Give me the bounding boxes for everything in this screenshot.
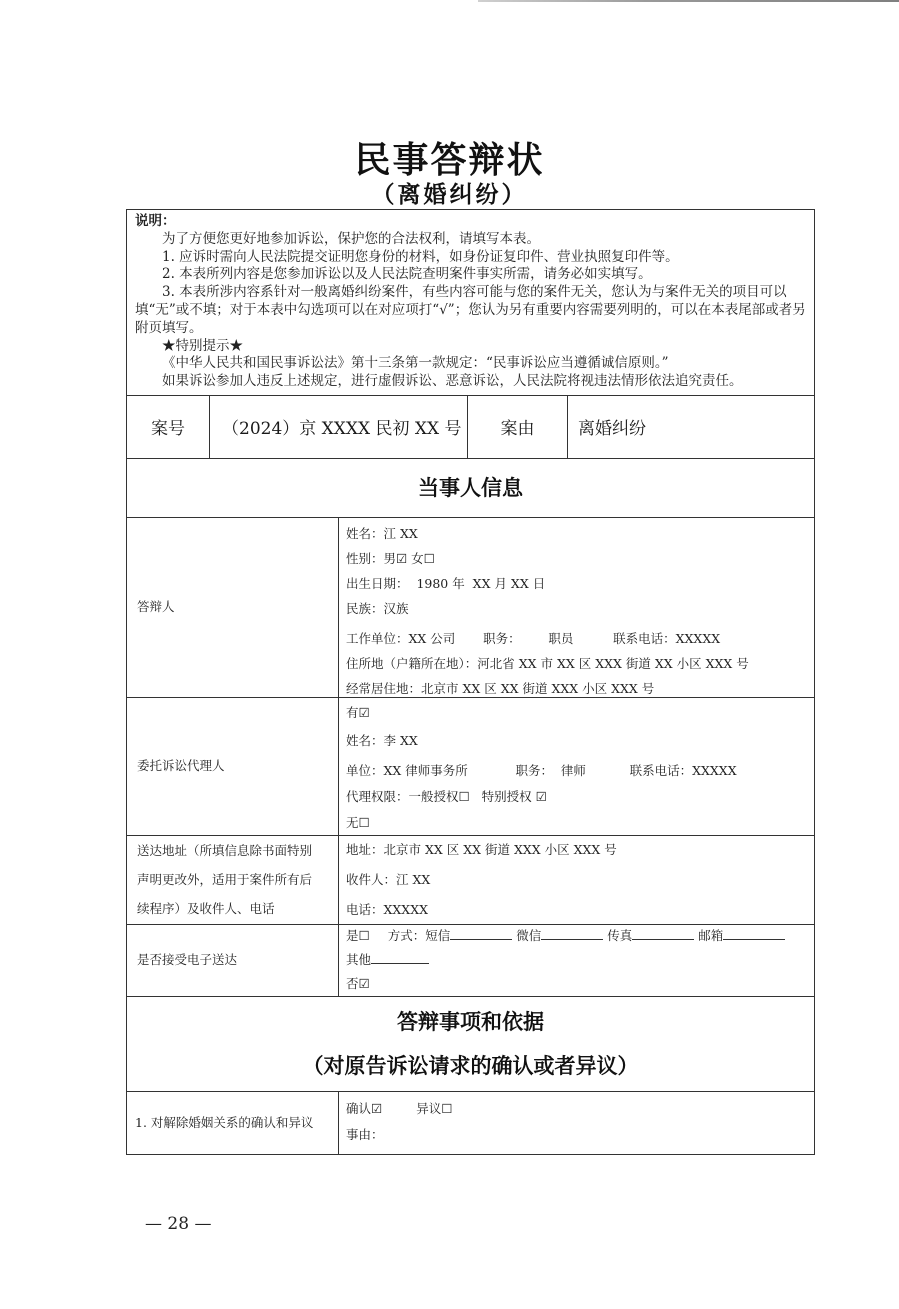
defense-item-choice-line: 确认☑ 异议☐ [346, 1096, 814, 1122]
respondent-gender[interactable]: 性别：男☑ 女☐ [346, 546, 814, 571]
electronic-service-options: 是☐ 方式：短信 微信 传真 邮箱 其他 否☑ [339, 925, 814, 996]
instruction-paragraph: 3. 本表所涉内容系针对一般离婚纠纷案件，有些内容可能与您的案件无关，您认为与案… [135, 284, 808, 337]
instruction-paragraph: 如果诉讼参加人违反上述规定，进行虚假诉讼、恶意诉讼，人民法院将视违法情形依法追究… [135, 373, 808, 391]
instruction-paragraph: 《中华人民共和国民事诉讼法》第十三条第一款规定：“民事诉讼应当遵循诚信原则。” [135, 355, 808, 373]
respondent-label: 答辩人 [127, 518, 339, 697]
case-number-label: 案号 [127, 396, 210, 458]
instruction-paragraph: 为了方便您更好地参加诉讼，保护您的合法权利，请填写本表。 [135, 231, 808, 249]
instruction-paragraph: 2. 本表所列内容是您参加诉讼以及人民法院查明案件事实所需，请务必如实填写。 [135, 266, 808, 284]
method-other-label: 其他 [346, 952, 371, 967]
respondent-ethnicity[interactable]: 民族：汉族 [346, 596, 814, 621]
method-fax-label: 传真 [607, 928, 632, 943]
electronic-service-yes-line: 是☐ 方式：短信 微信 传真 邮箱 [346, 925, 814, 947]
case-cause-value[interactable]: 离婚纠纷 [568, 396, 814, 458]
respondent-birth-date[interactable]: 出生日期： 1980 年 XX 月 XX 日 [346, 571, 814, 596]
defense-section-title: 答辩事项和依据 [127, 1000, 814, 1044]
service-address-label-line: 送达地址（所填信息除书面特别 [137, 836, 312, 865]
method-other-field[interactable] [371, 951, 429, 964]
agent-unit[interactable]: 单位：XX 律师事务所 职务： 律师 联系电话：XXXXX [346, 756, 814, 786]
agent-none-checkbox[interactable]: 无☐ [346, 808, 814, 838]
defense-section-header: 答辩事项和依据 （对原告诉讼请求的确认或者异议） [127, 997, 814, 1092]
defense-form-table: 说明： 为了方便您更好地参加诉讼，保护您的合法权利，请填写本表。 1. 应诉时需… [126, 209, 815, 1155]
document-subtitle: （离婚纠纷） [0, 176, 899, 209]
defense-item-details: 确认☑ 异议☐ 事由： [339, 1092, 814, 1154]
instruction-paragraph: 1. 应诉时需向人民法院提交证明您身份的材料，如身份证复印件、营业执照复印件等。 [135, 249, 808, 267]
electronic-service-label: 是否接受电子送达 [127, 925, 339, 996]
defense-section-subtitle: （对原告诉讼请求的确认或者异议） [127, 1044, 814, 1088]
respondent-work[interactable]: 工作单位：XX 公司 职务： 职员 联系电话：XXXXX [346, 626, 814, 651]
agent-name[interactable]: 姓名：李 XX [346, 726, 814, 756]
electronic-service-yes-checkbox[interactable]: 是☐ [346, 928, 370, 943]
instructions-heading: 说明： [135, 213, 808, 231]
method-wechat-label: 微信 [516, 928, 541, 943]
object-checkbox[interactable]: 异议☐ [416, 1101, 452, 1116]
agent-authority[interactable]: 代理权限：一般授权☐ 特别授权 ☑ [346, 786, 814, 808]
agent-label: 委托诉讼代理人 [127, 698, 339, 835]
agent-has-checkbox[interactable]: 有☑ [346, 700, 814, 726]
page-number: — 28 — [145, 1214, 211, 1234]
defense-item-label: 1. 对解除婚姻关系的确认和异议 [127, 1092, 339, 1154]
method-label: 方式： [388, 928, 426, 943]
special-notice-heading: ★特别提示★ [135, 338, 808, 356]
defense-reason-field[interactable]: 事由： [346, 1122, 814, 1148]
respondent-name[interactable]: 姓名：江 XX [346, 521, 814, 546]
service-address-label-line: 续程序）及收件人、电话 [137, 894, 275, 923]
respondent-details: 姓名：江 XX 性别：男☑ 女☐ 出生日期： 1980 年 XX 月 XX 日 … [339, 518, 814, 697]
respondent-row: 答辩人 姓名：江 XX 性别：男☑ 女☐ 出生日期： 1980 年 XX 月 X… [127, 518, 814, 698]
instructions-block: 说明： 为了方便您更好地参加诉讼，保护您的合法权利，请填写本表。 1. 应诉时需… [127, 210, 814, 396]
agent-row: 委托诉讼代理人 有☑ 姓名：李 XX 单位：XX 律师事务所 职务： 律师 联系… [127, 698, 814, 836]
confirm-checkbox[interactable]: 确认☑ [346, 1101, 382, 1116]
service-recipient[interactable]: 收件人：江 XX [346, 864, 814, 895]
party-info-header: 当事人信息 [127, 459, 814, 518]
electronic-service-other-line: 其他 [346, 947, 814, 973]
case-cause-label: 案由 [468, 396, 568, 458]
service-phone[interactable]: 电话：XXXXX [346, 895, 814, 924]
method-sms-field[interactable] [450, 927, 512, 940]
agent-details: 有☑ 姓名：李 XX 单位：XX 律师事务所 职务： 律师 联系电话：XXXXX… [339, 698, 814, 835]
case-info-row: 案号 （2024）京 XXXX 民初 XX 号 案由 离婚纠纷 [127, 396, 814, 459]
defense-item-row: 1. 对解除婚姻关系的确认和异议 确认☑ 异议☐ 事由： [127, 1092, 814, 1154]
top-edge-rule [478, 0, 899, 2]
method-email-label: 邮箱 [698, 928, 723, 943]
service-address-label: 送达地址（所填信息除书面特别 声明更改外，适用于案件所有后 续程序）及收件人、电… [127, 836, 339, 924]
respondent-domicile[interactable]: 住所地（户籍所在地）：河北省 XX 市 XX 区 XXX 街道 XX 小区 XX… [346, 651, 814, 676]
service-address-value[interactable]: 地址：北京市 XX 区 XX 街道 XXX 小区 XXX 号 [346, 836, 814, 864]
service-address-label-line: 声明更改外，适用于案件所有后 [137, 865, 312, 894]
service-address-row: 送达地址（所填信息除书面特别 声明更改外，适用于案件所有后 续程序）及收件人、电… [127, 836, 814, 925]
electronic-service-no-checkbox[interactable]: 否☑ [346, 973, 814, 995]
method-email-field[interactable] [723, 927, 785, 940]
method-wechat-field[interactable] [541, 927, 603, 940]
case-number-value[interactable]: （2024）京 XXXX 民初 XX 号 [210, 396, 468, 458]
electronic-service-row: 是否接受电子送达 是☐ 方式：短信 微信 传真 邮箱 其他 否☑ [127, 925, 814, 997]
method-fax-field[interactable] [632, 927, 694, 940]
service-address-details: 地址：北京市 XX 区 XX 街道 XXX 小区 XXX 号 收件人：江 XX … [339, 836, 814, 924]
party-info-title: 当事人信息 [127, 459, 814, 517]
method-sms-label: 短信 [425, 928, 450, 943]
